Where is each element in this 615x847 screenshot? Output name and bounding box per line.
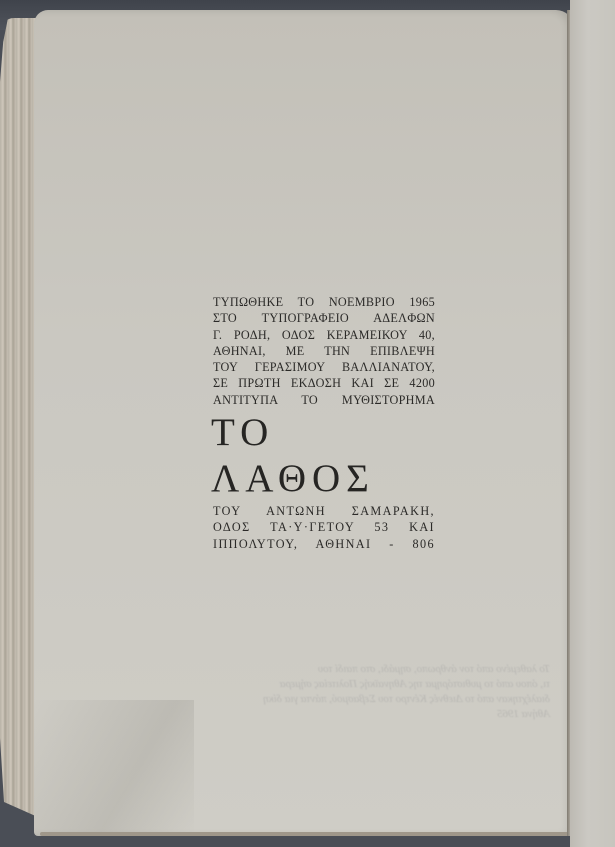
colophon-line: ΑΝΤΙΤΥΠΑ ΤΟ ΜΥΘΙΣΤΟΡΗΜΑ	[213, 392, 435, 408]
show-through-line: διαλέχτηκαν από το Διεθνές Κέντρο του Σε…	[130, 692, 550, 707]
show-through-text: Το λαθεμένο από τον άνθρωπο, σημάδι, στο…	[130, 662, 550, 722]
show-through-line: τι, όπου από το μυθιστόρημα της Αθηναϊκή…	[130, 677, 550, 692]
colophon-line: ΤΟΥ ΓΕΡΑΣΙΜΟΥ ΒΑΛΛΙΑΝΑΤΟΥ,	[213, 359, 435, 375]
author-line: ΤΟΥ ΑΝΤΩΝΗ ΣΑΜΑΡΑΚΗ,	[213, 503, 435, 519]
colophon-line: Γ. ΡΟΔΗ, ΟΔΟΣ ΚΕΡΑΜΕΙΚΟΥ 40,	[213, 327, 435, 343]
address-line: ΟΔΟΣ ΤΑ·Υ·ΓΕΤΟΥ 53 ΚΑΙ	[213, 519, 435, 535]
colophon-line: ΤΥΠΩΘΗΚΕ ΤΟ ΝΟΕΜΒΡΙΟ 1965	[213, 294, 435, 310]
book-gutter	[567, 10, 570, 836]
facing-page	[570, 0, 615, 847]
page-bottom-edge	[40, 832, 580, 836]
show-through-line: Το λαθεμένο από τον άνθρωπο, σημάδι, στο…	[130, 662, 550, 677]
colophon-line: ΣΕ ΠΡΩΤΗ ΕΚΔΟΣΗ ΚΑΙ ΣΕ 4200	[213, 375, 435, 391]
book-title: ΤΟ ΛΑΘΟΣ	[211, 410, 435, 502]
colophon: ΤΥΠΩΘΗΚΕ ΤΟ ΝΟΕΜΒΡΙΟ 1965 ΣΤΟ ΤΥΠΟΓΡΑΦΕΙ…	[213, 294, 435, 552]
address-line: ΙΠΠΟΛΥΤΟΥ, ΑΘΗΝΑΙ - 806	[213, 536, 435, 552]
show-through-line: Αθήνα 1965	[130, 707, 550, 722]
colophon-line: ΑΘΗΝΑΙ, ΜΕ ΤΗΝ ΕΠΙΒΛΕΨΗ	[213, 343, 435, 359]
colophon-line: ΣΤΟ ΤΥΠΟΓΡΑΦΕΙΟ ΑΔΕΛΦΩΝ	[213, 310, 435, 326]
